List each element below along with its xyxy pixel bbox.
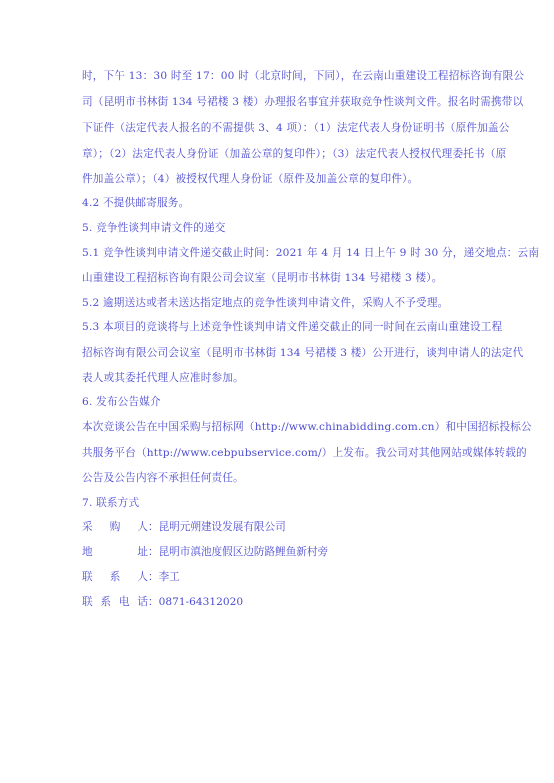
- paragraph-line: 公告及公告内容不承担任何责任。: [82, 471, 482, 485]
- section-heading: 6. 发布公告媒介: [82, 395, 482, 409]
- purchaser-contact-row: 联 系 人：李工: [82, 570, 180, 584]
- contact-label: 采 购 人: [82, 520, 148, 534]
- purchaser-address-row: 地 址：昆明市滇池度假区边防路鲤鱼新村旁: [82, 545, 328, 559]
- section-heading: 7. 联系方式: [82, 496, 482, 510]
- paragraph-line: 本次竞谈公告在中国采购与招标网（http://www.chinabidding.…: [82, 420, 482, 434]
- document-page: 时，下午 13：30 时至 17：00 时（北京时间，下同），在云南山重建设工程…: [0, 0, 554, 783]
- paragraph-line: 件加盖公章）；（4）被授权代理人身份证（原件及加盖公章的复印件）。: [82, 172, 482, 186]
- contact-value: 昆明市滇池度假区边防路鲤鱼新村旁: [159, 546, 329, 558]
- section-item: 4.2 不提供邮寄服务。: [82, 196, 482, 210]
- purchaser-name-row: 采 购 人：昆明元朔建设发展有限公司: [82, 520, 286, 534]
- paragraph-line: 5.1 竞争性谈判申请文件递交截止时间：2021 年 4 月 14 日上午 9 …: [82, 246, 482, 260]
- section-item: 5.2 逾期送达或者未送达指定地点的竞争性谈判申请文件，采购人不予受理。: [82, 296, 482, 310]
- paragraph-line: 章）；（2）法定代表人身份证（加盖公章的复印件）；（3）法定代表人授权代理委托书…: [82, 147, 482, 161]
- paragraph-line: 5.3 本项目的竞谈将与上述竞争性谈判申请文件递交截止的同一时间在云南山重建设工…: [82, 320, 482, 334]
- section-heading: 5. 竞争性谈判申请文件的递交: [82, 221, 482, 235]
- paragraph-line: 下证件（法定代表人报名的不需提供 3、4 项）：（1）法定代表人身份证明书（原件…: [82, 121, 482, 135]
- contact-value: 昆明元朔建设发展有限公司: [159, 521, 286, 533]
- contact-label: 联 系 电 话: [82, 595, 148, 609]
- contact-value: 0871-64312020: [159, 596, 243, 608]
- paragraph-line: 表人或其委托代理人应准时参加。: [82, 371, 482, 385]
- paragraph-line: 共服务平台（http://www.cebpubservice.com/）上发布。…: [82, 446, 482, 460]
- contact-label: 地 址: [82, 545, 148, 559]
- contact-label: 联 系 人: [82, 570, 148, 584]
- paragraph-line: 司（昆明市书林街 134 号裙楼 3 楼）办理报名事宜并获取竞争性谈判文件。报名…: [82, 95, 482, 109]
- contact-value: 李工: [159, 571, 180, 583]
- paragraph-line: 时，下午 13：30 时至 17：00 时（北京时间，下同），在云南山重建设工程…: [82, 69, 482, 83]
- purchaser-phone-row: 联 系 电 话：0871-64312020: [82, 595, 243, 609]
- paragraph-line: 山重建设工程招标咨询有限公司会议室（昆明市书林街 134 号裙楼 3 楼）。: [82, 271, 482, 285]
- paragraph-line: 招标咨询有限公司会议室（昆明市书林街 134 号裙楼 3 楼）公开进行，谈判申请…: [82, 346, 482, 360]
